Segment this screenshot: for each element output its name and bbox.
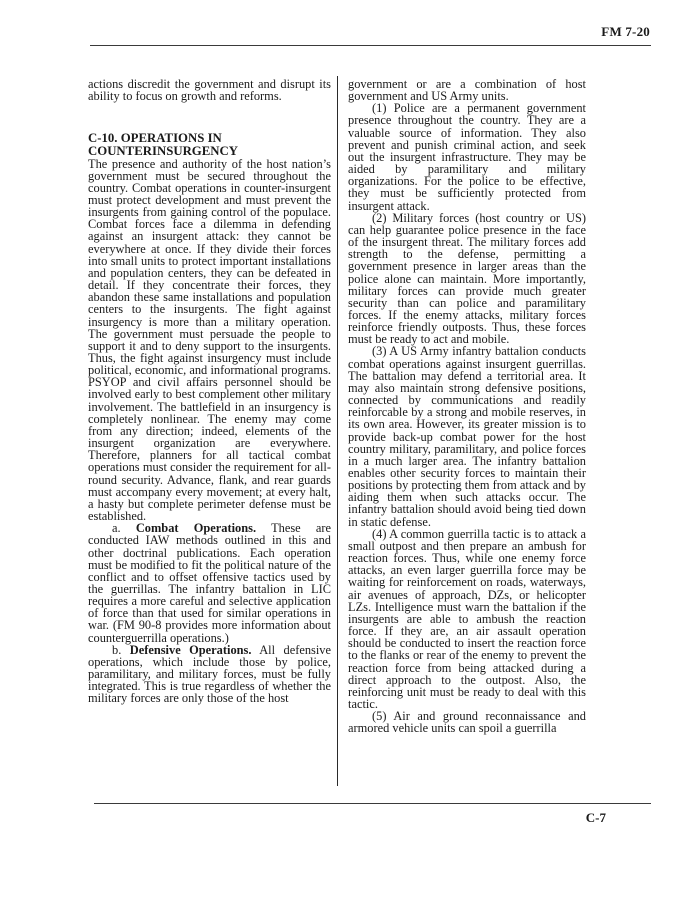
left-column: actions discredit the government and dis… bbox=[88, 78, 331, 705]
paragraph-text: These are conducted IAW methods outlined… bbox=[88, 521, 331, 644]
numbered-paragraph-4: (4) A common guerrilla tactic is to atta… bbox=[348, 528, 586, 710]
page-header-id: FM 7-20 bbox=[601, 24, 650, 40]
footer-rule bbox=[94, 803, 651, 804]
header-rule bbox=[90, 45, 651, 46]
numbered-paragraph-1: (1) Police are a permanent government pr… bbox=[348, 102, 586, 211]
numbered-paragraph-5: (5) Air and ground reconnaissance and ar… bbox=[348, 710, 586, 734]
right-column: government or are a combination of host … bbox=[348, 78, 586, 734]
numbered-paragraph-2: (2) Military forces (host country or US)… bbox=[348, 212, 586, 346]
section-heading: C-10. OPERATIONS IN COUNTERINSURGENCY bbox=[88, 132, 331, 157]
numbered-paragraph-3: (3) A US Army infantry battalion conduct… bbox=[348, 345, 586, 527]
paragraph-defensive-operations: b. Defensive Operations. All defensive o… bbox=[88, 644, 331, 705]
paragraph-combat-operations: a. Combat Operations. These are conducte… bbox=[88, 522, 331, 644]
carryover-paragraph: government or are a combination of host … bbox=[348, 78, 586, 102]
page-number: C-7 bbox=[586, 810, 606, 826]
intro-paragraph: The presence and authority of the host n… bbox=[88, 158, 331, 523]
carryover-paragraph: actions discredit the government and dis… bbox=[88, 78, 331, 102]
column-divider bbox=[337, 76, 338, 786]
